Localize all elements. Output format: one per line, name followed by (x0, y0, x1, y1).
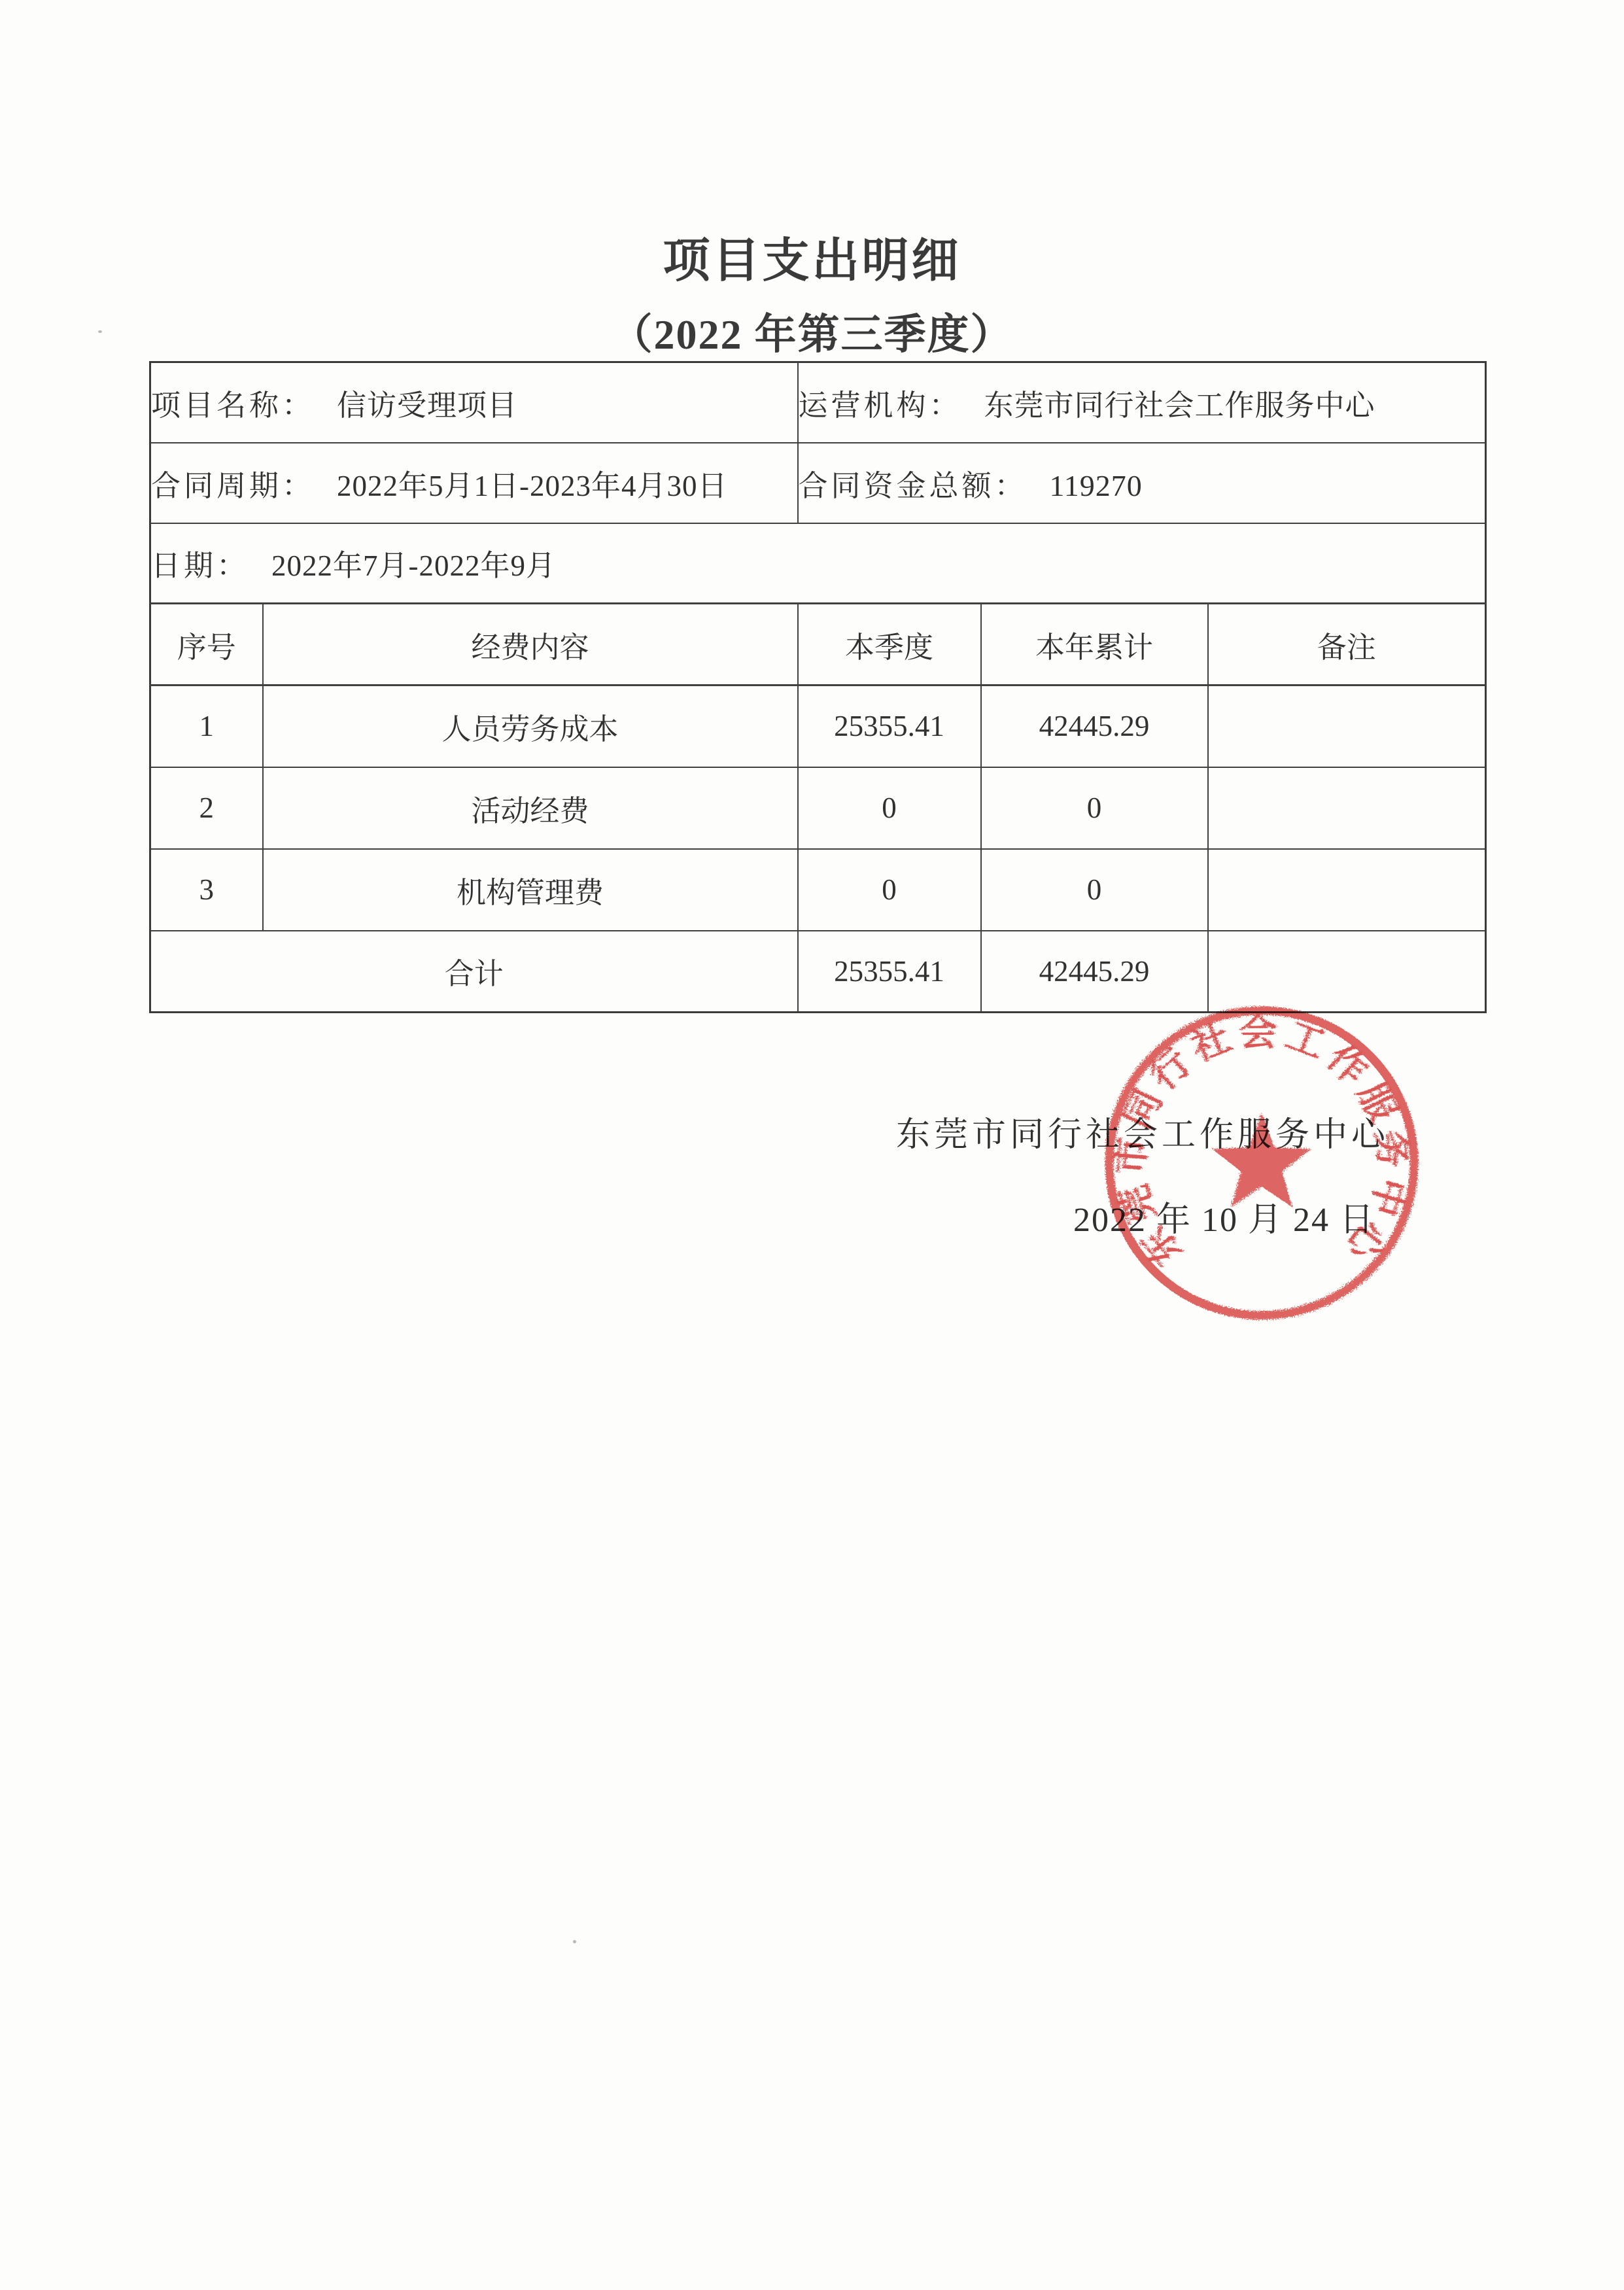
column-header-no: 序号 (150, 604, 263, 685)
total-note (1208, 931, 1486, 1013)
table-row: 项目名称：信访受理项目 运营机构：东莞市同行社会工作服务中心 (150, 362, 1486, 443)
report-date-label: 日期： (151, 549, 249, 582)
operator-label: 运营机构： (799, 389, 962, 422)
row-no: 1 (150, 685, 263, 767)
row-item: 活动经费 (263, 767, 798, 849)
table-row: 1 人员劳务成本 25355.41 42445.29 (150, 685, 1486, 767)
project-name-cell: 项目名称：信访受理项目 (150, 362, 798, 443)
svg-text:东莞市同行社会工作服务中心: 东莞市同行社会工作服务中心 (1098, 999, 1425, 1327)
row-note (1208, 685, 1486, 767)
page-title: 项目支出明细 (0, 222, 1624, 290)
signature-date: 2022 年 10 月 24 日 (1073, 1192, 1375, 1241)
signature-org: 东莞市同行社会工作服务中心 (896, 1107, 1393, 1156)
row-no: 2 (150, 767, 263, 849)
row-item: 机构管理费 (263, 849, 798, 931)
table-row: 3 机构管理费 0 0 (150, 849, 1486, 931)
project-name-value: 信访受理项目 (337, 389, 517, 422)
page-subtitle: （2022 年第三季度） (0, 301, 1624, 361)
table-row: 2 活动经费 0 0 (150, 767, 1486, 849)
official-stamp: 东莞市同行社会工作服务中心 (1098, 999, 1425, 1327)
stamp-text: 东莞市同行社会工作服务中心 (1098, 999, 1425, 1327)
stamp-ring (1109, 1011, 1414, 1315)
scan-speck (573, 1940, 576, 1943)
expense-table: 项目名称：信访受理项目 运营机构：东莞市同行社会工作服务中心 合同周期：2022… (149, 361, 1487, 1013)
project-name-label: 项目名称： (151, 389, 315, 422)
report-date-value: 2022年7月-2022年9月 (271, 549, 556, 582)
contract-period-label: 合同周期： (151, 470, 315, 502)
column-header-quarter: 本季度 (798, 604, 981, 685)
row-note (1208, 767, 1486, 849)
total-label: 合计 (150, 931, 798, 1013)
contract-total-cell: 合同资金总额：119270 (798, 443, 1486, 523)
contract-total-label: 合同资金总额： (799, 470, 1028, 502)
table-header-row: 序号 经费内容 本季度 本年累计 备注 (150, 604, 1486, 685)
row-quarter: 25355.41 (798, 685, 981, 767)
row-ytd: 42445.29 (981, 685, 1208, 767)
total-quarter: 25355.41 (798, 931, 981, 1013)
report-date-cell: 日期：2022年7月-2022年9月 (150, 523, 1486, 604)
row-item: 人员劳务成本 (263, 685, 798, 767)
contract-total-value: 119270 (1050, 469, 1143, 502)
column-header-ytd: 本年累计 (981, 604, 1208, 685)
table-row: 日期：2022年7月-2022年9月 (150, 523, 1486, 604)
row-quarter: 0 (798, 767, 981, 849)
row-no: 3 (150, 849, 263, 931)
row-ytd: 0 (981, 767, 1208, 849)
operator-cell: 运营机构：东莞市同行社会工作服务中心 (798, 362, 1486, 443)
table-total-row: 合计 25355.41 42445.29 (150, 931, 1486, 1013)
contract-period-cell: 合同周期：2022年5月1日-2023年4月30日 (150, 443, 798, 523)
row-ytd: 0 (981, 849, 1208, 931)
contract-period-value: 2022年5月1日-2023年4月30日 (337, 470, 728, 502)
table-row: 合同周期：2022年5月1日-2023年4月30日 合同资金总额：119270 (150, 443, 1486, 523)
scan-speck (98, 330, 102, 333)
column-header-note: 备注 (1208, 604, 1486, 685)
operator-value: 东莞市同行社会工作服务中心 (984, 389, 1375, 422)
row-note (1208, 849, 1486, 931)
column-header-item: 经费内容 (263, 604, 798, 685)
total-ytd: 42445.29 (981, 931, 1208, 1013)
row-quarter: 0 (798, 849, 981, 931)
